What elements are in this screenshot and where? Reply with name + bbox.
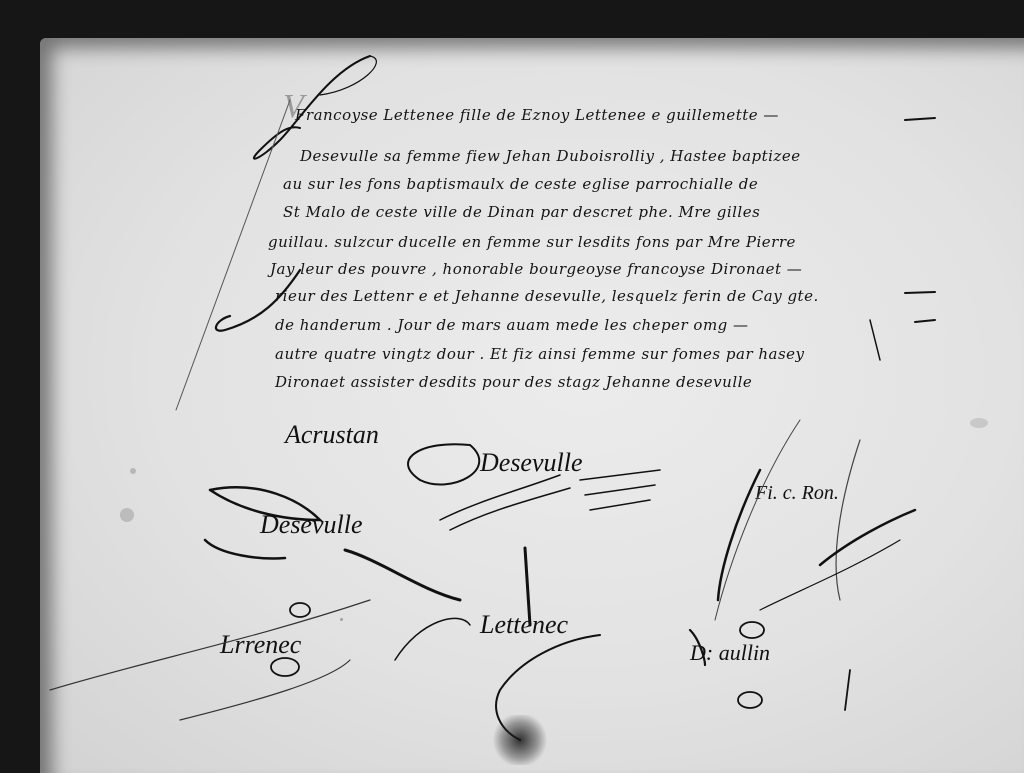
signature: Desevulle xyxy=(480,448,583,478)
text-line: Dironaet assister desdits pour des stagz… xyxy=(275,373,752,391)
signature: Fi. c. Ron. xyxy=(755,482,839,505)
signature: D: aullin xyxy=(690,640,770,666)
text-line: guillau. sulzcur ducelle en femme sur le… xyxy=(268,233,796,251)
text-line: rieur des Lettenr e et Jehanne desevulle… xyxy=(275,287,819,305)
ink-blot xyxy=(490,715,550,765)
text-line: autre quatre vingtz dour . Et fiz ainsi … xyxy=(275,345,805,363)
paper-speck xyxy=(340,618,343,621)
paper-stain xyxy=(130,468,136,474)
text-line: Jay leur des pouvre , honorable bourgeoy… xyxy=(270,260,802,278)
text-line: Desevulle sa femme fiew Jehan Duboisroll… xyxy=(300,147,801,165)
text-line: Francoyse Lettenee fille de Eznoy Letten… xyxy=(295,106,779,124)
text-line: de handerum . Jour de mars auam mede les… xyxy=(275,316,749,334)
signature: Lrrenec xyxy=(220,630,301,660)
signature: Acrustan xyxy=(285,420,379,450)
paper-stain xyxy=(120,508,134,522)
text-line: au sur les fons baptismaulx de ceste egl… xyxy=(283,175,758,193)
signature: Desevulle xyxy=(260,510,363,540)
paper-stain xyxy=(970,418,988,428)
text-line: St Malo de ceste ville de Dinan par desc… xyxy=(283,203,760,221)
signature: Lettenec xyxy=(480,610,568,640)
